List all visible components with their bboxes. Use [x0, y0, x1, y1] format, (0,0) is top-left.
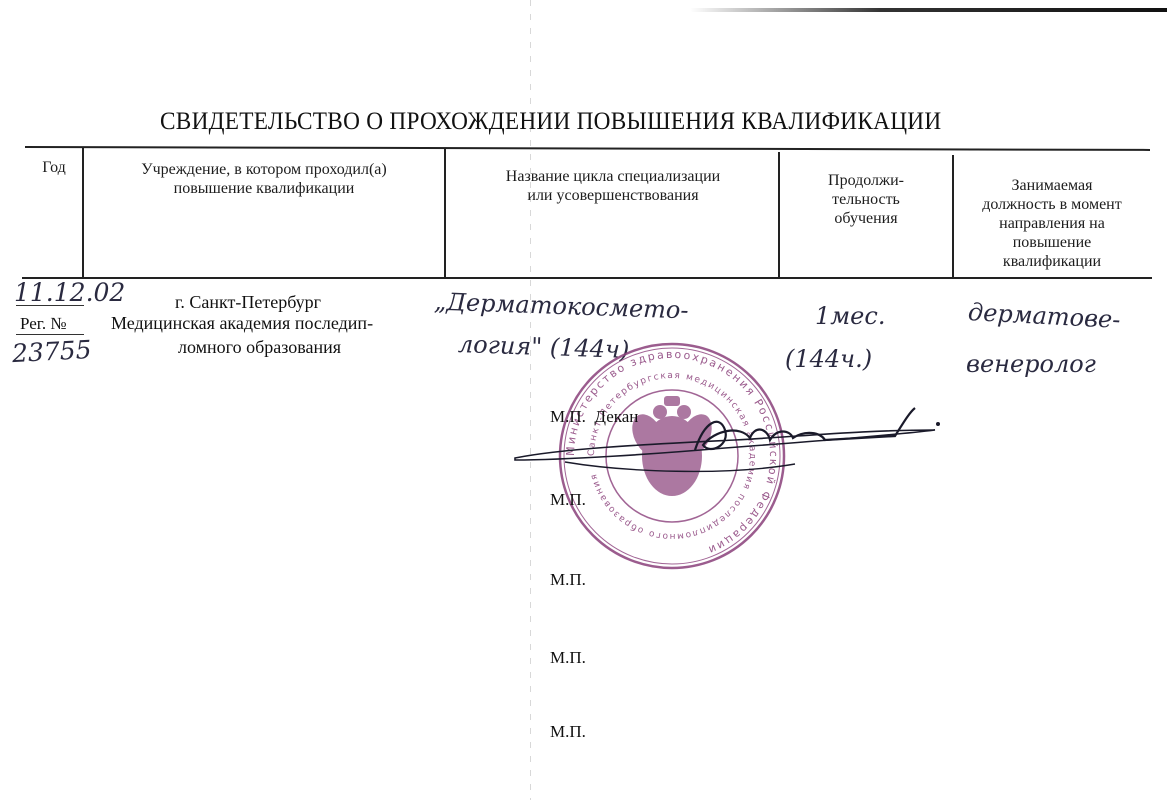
col-divider-2	[444, 148, 446, 278]
handwritten-reg-number: 23755	[11, 335, 92, 368]
col-divider-1	[82, 147, 84, 278]
mp-label-1: М.П.	[550, 490, 586, 510]
header-year: Год	[28, 158, 80, 177]
date-underline	[16, 305, 84, 306]
header-duration: Продолжи- тельность обучения	[782, 171, 950, 228]
col-divider-3	[778, 152, 780, 278]
col-divider-4	[952, 155, 954, 278]
reg-number-label: Рег. №	[20, 313, 67, 334]
page-title: СВИДЕТЕЛЬСТВО О ПРОХОЖДЕНИИ ПОВЫШЕНИЯ КВ…	[160, 108, 969, 136]
handwritten-date: 11.12.02	[14, 278, 125, 307]
header-institution: Учреждение, в котором проходил(а) повыше…	[88, 160, 440, 198]
table-header-bottom-border	[22, 277, 1152, 279]
mp-label-4: М.П.	[550, 722, 586, 742]
mp-label-3: М.П.	[550, 648, 586, 668]
mp-dean-label: М.П. Декан	[550, 407, 638, 427]
header-course-name: Название цикла специализации или усоверш…	[452, 167, 774, 205]
scan-edge-shadow	[690, 8, 1167, 12]
table-top-border	[25, 146, 1150, 151]
header-position: Занимаемая должность в момент направлени…	[956, 176, 1148, 271]
mp-label-2: М.П.	[550, 570, 586, 590]
